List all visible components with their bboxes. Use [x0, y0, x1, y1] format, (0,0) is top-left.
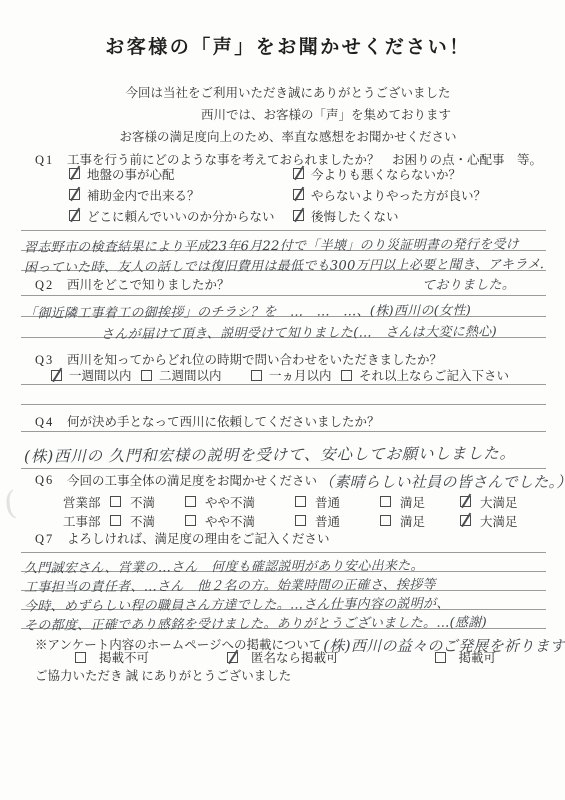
q3-options-area: 一週間以内 二週間以内 一ヵ月以内 それ以上ならご記入下さい [21, 366, 546, 405]
scan-artifact-mark: ( [2, 483, 18, 522]
q4-answer-area: (株)西川の 久門和宏様の説明を受けて、安心してお願いしました。 [21, 431, 546, 469]
checkbox-label: 後悔したくない [311, 207, 399, 225]
checkbox-label: やや不満 [205, 512, 255, 530]
rating-option: 不満 [110, 512, 185, 530]
q6-question-row: Q6 今回の工事全体の満足度をお聞かせください（素晴らしい社員の皆さんでした。） [35, 472, 541, 489]
checkbox-icon [295, 496, 306, 507]
q1-options: 地盤の事が心配 今よりも悪くならないか？ 補助金内で出来る？ やらないよりやった… [69, 167, 541, 222]
checkbox-label: それ以上ならご記入下さい [359, 366, 509, 384]
q3-options: 一週間以内 二週間以内 一ヵ月以内 それ以上ならご記入下さい [21, 366, 546, 385]
answer-line: (株)西川の 久門和宏様の説明を受けて、安心してお願いしました。 [21, 432, 546, 469]
checkbox-label: どこに頼んでいいのか分からない [87, 207, 275, 225]
publish-option-anonymous: 匿名なら掲載可 [227, 648, 339, 666]
q3-option-2weeks: 二週間以内 [141, 366, 251, 384]
checkbox-icon [295, 515, 306, 526]
checkbox-icon [110, 515, 121, 526]
q1-option-hojokin: 補助金内で出来る？ [69, 188, 293, 201]
checkbox-label: 一ヵ月以内 [269, 366, 332, 384]
rating-option: 普通 [295, 512, 380, 530]
checkbox-label: 今よりも悪くならないか？ [311, 165, 461, 183]
rating-option: やや不満 [185, 493, 295, 511]
handwritten-note: （素晴らしい社員の皆さんでした。） [319, 473, 565, 491]
checkbox-label: 大満足 [480, 512, 518, 530]
intro-paragraph: 今回は当社をご利用いただき誠にありがとうございました 西川では、お客様の「声」を… [35, 82, 541, 148]
checkbox-icon [251, 370, 262, 381]
scanned-survey-form: お客様の「声」をお聞かせください！ 今回は当社をご利用いただき誠にありがとうござ… [0, 0, 565, 800]
checkbox-label: 匿名なら掲載可 [251, 648, 339, 666]
checkbox-label: やらないよりやった方が良い？ [311, 186, 486, 204]
answer-line-blank [21, 385, 546, 405]
answer-line: 今時、めずらしい程の職員さん方達でした。…さん仕事内容の説明が、 [21, 591, 546, 610]
handwritten-text: その都度、正確であり感銘を受けました。ありがとうございました。…(感謝) [24, 611, 487, 633]
q3-option-longer: それ以上ならご記入下さい [341, 366, 509, 384]
checkbox-icon [227, 652, 238, 663]
q3-option-1week: 一週間以内 [51, 366, 141, 384]
publish-options: 掲載不可 匿名なら掲載可 掲載可 [35, 650, 541, 664]
rating-option: やや不満 [185, 512, 295, 530]
checkbox-icon [435, 652, 446, 663]
checkbox-icon [110, 496, 121, 507]
form-title: お客様の「声」をお聞かせください！ [35, 32, 541, 59]
q6-question: 今回の工事全体の満足度をお聞かせください（素晴らしい社員の皆さんでした。） [67, 472, 565, 489]
checkbox-icon [75, 652, 86, 663]
checkbox-icon [380, 515, 391, 526]
q7-number: Q7 [35, 531, 67, 547]
answer-line: 久門誠宏さん、営業の…さん 何度も確認説明があり安心出来た。 [21, 553, 546, 572]
rating-option: 大満足 [460, 493, 518, 511]
handwritten-text: (株)西川の 久門和宏様の説明を受けて、安心してお願いしました。 [24, 441, 516, 466]
rating-option: 不満 [110, 493, 185, 511]
q1-option-yatta-hou: やらないよりやった方が良い？ [293, 188, 541, 201]
checkbox-icon [141, 370, 152, 381]
q4-question-row: Q4 何が決め手となって西川に依頼してくださいましたか？ [35, 414, 541, 430]
q1-number: Q1 [35, 152, 67, 168]
checkbox-label: 二週間以内 [159, 366, 222, 384]
checkbox-label: 満足 [400, 512, 425, 530]
checkbox-label: 満足 [400, 493, 425, 511]
checkbox-icon [460, 496, 471, 507]
dept-label: 営業部 [63, 493, 110, 511]
q6-row-construction: 工事部 不満 やや不満 普通 満足 大満足 [35, 511, 541, 530]
q6-number: Q6 [35, 472, 67, 489]
checkbox-icon [293, 189, 304, 200]
checkbox-label: 普通 [315, 493, 340, 511]
intro-line: お客様の満足度向上のため、率直な感想をお聞かせください [35, 126, 541, 148]
q4-number: Q4 [35, 414, 67, 430]
answer-line: 「御近隣工事着工の御挨拶」のチラシ？を … … …、(株)西川の(女性) [21, 296, 546, 317]
publish-option-no: 掲載不可 [75, 648, 149, 666]
checkbox-icon [69, 168, 80, 179]
closing-message: ご協力いただき 誠 にありがとうございました [35, 666, 541, 684]
q7-answer-area: 久門誠宏さん、営業の…さん 何度も確認説明があり安心出来た。 工事担当の責任者、… [21, 552, 546, 629]
q7-question-row: Q7 よろしければ、満足度の理由をご記入ください [35, 531, 541, 547]
intro-line: 西川では、お客様の「声」を集めております [73, 104, 565, 126]
rating-option: 満足 [380, 512, 460, 530]
checkbox-label: 普通 [315, 512, 340, 530]
q1-option-doko-ni: どこに頼んでいいのか分からない [69, 209, 293, 222]
publish-option-yes: 掲載可 [435, 648, 497, 666]
checkbox-label: 補助金内で出来る？ [87, 186, 200, 204]
q4-question: 何が決め手となって西川に依頼してくださいましたか？ [67, 414, 380, 430]
checkbox-icon [293, 168, 304, 179]
checkbox-icon [69, 210, 80, 221]
answer-line: さんが届けて頂き、説明受けて知りました(… さんは大変に熱心) [21, 317, 546, 338]
q6-rating-table: 営業部 不満 やや不満 普通 満足 大満足 工事部 [35, 492, 541, 530]
checkbox-icon [380, 496, 391, 507]
checkbox-icon [69, 189, 80, 200]
answer-line: 習志野市の検査結果により平成23年6月22付で「半壊」のり災証明書の発行を受け [21, 231, 546, 251]
checkbox-label: 大満足 [480, 493, 518, 511]
checkbox-icon [185, 515, 196, 526]
checkbox-icon [460, 515, 471, 526]
checkbox-icon [293, 210, 304, 221]
q2-number: Q2 [35, 277, 67, 293]
q7-question: よろしければ、満足度の理由をご記入ください [67, 531, 330, 547]
rating-option: 普通 [295, 493, 380, 511]
q2-question: 西川をどこで知りましたか？ [67, 277, 230, 293]
q6-question-text: 今回の工事全体の満足度をお聞かせください [67, 474, 317, 488]
dept-label: 工事部 [63, 512, 110, 530]
checkbox-icon [341, 370, 352, 381]
q2-question-row: Q2 西川をどこで知りましたか？ [35, 277, 541, 293]
q1-option-jiban: 地盤の事が心配 [69, 167, 293, 180]
q1-option-koukai: 後悔したくない [293, 209, 541, 222]
q1-option-waruku: 今よりも悪くならないか？ [293, 167, 541, 180]
q3-option-1month: 一ヵ月以内 [251, 366, 341, 384]
answer-line: 困っていた時、友人の話しでは復旧費用は最低でも300万円以上必要と聞き、アキラメ… [21, 251, 546, 271]
answer-line: 工事担当の責任者、…さん 他２名の方。始業時間の正確さ、挨拶等 [21, 572, 546, 591]
answer-line: その都度、正確であり感銘を受けました。ありがとうございました。…(感謝) [21, 610, 546, 629]
q2-answer-area: 「御近隣工事着工の御挨拶」のチラシ？を … … …、(株)西川の(女性) さんが… [21, 295, 546, 338]
rating-option: 満足 [380, 493, 460, 511]
checkbox-label: 不満 [130, 512, 155, 530]
rating-option: 大満足 [460, 512, 518, 530]
handwritten-text: さんが届けて頂き、説明受けて知りました(… さんは大変に熱心) [101, 321, 497, 343]
intro-line: 今回は当社をご利用いただき誠にありがとうございました [35, 82, 541, 104]
checkbox-label: 不満 [130, 493, 155, 511]
checkbox-label: 掲載可 [459, 648, 497, 666]
checkbox-label: 掲載不可 [99, 648, 149, 666]
q6-row-sales: 営業部 不満 やや不満 普通 満足 大満足 [35, 492, 541, 511]
checkbox-label: やや不満 [205, 493, 255, 511]
checkbox-icon [185, 496, 196, 507]
checkbox-label: 地盤の事が心配 [87, 165, 175, 183]
checkbox-label: 一週間以内 [69, 366, 132, 384]
checkbox-icon [51, 370, 62, 381]
